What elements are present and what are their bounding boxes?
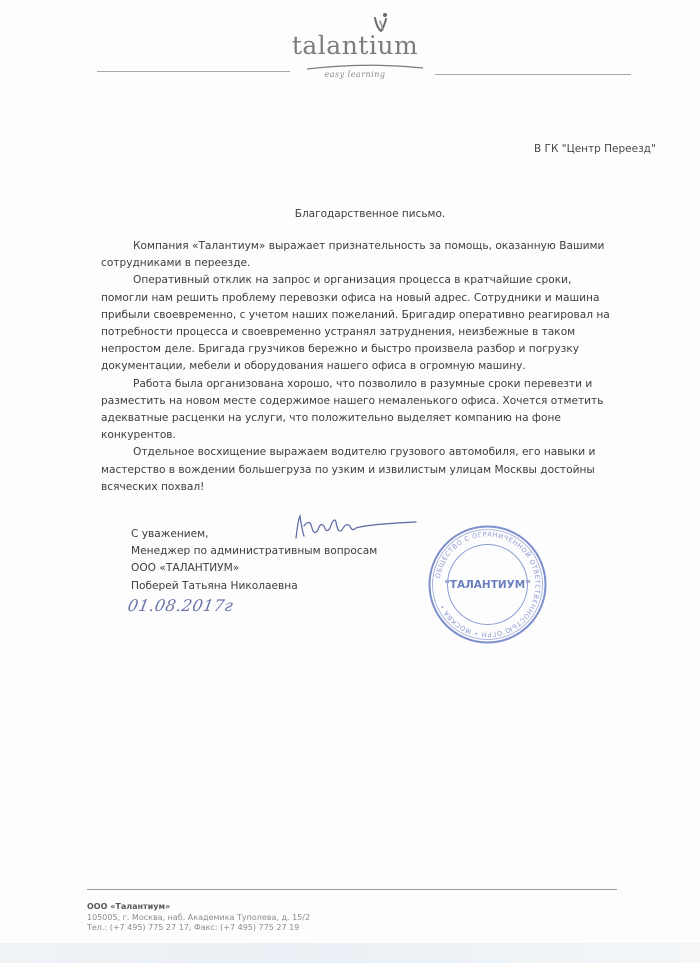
paragraph-4: Отдельное восхищение выражаем водителю г… (117, 444, 637, 496)
paragraph-2: Оперативный отклик на запрос и организац… (117, 272, 637, 375)
footer: ООО «Талантиум» 105005, г. Москва, наб. … (87, 902, 310, 934)
recipient: В ГК "Центр Переезд" (534, 143, 656, 155)
text-line: прибыли своевременно, с учетом наших пож… (101, 307, 637, 324)
stamp-center-text: "ТАЛАНТИУМ" (444, 579, 530, 591)
text-line: помогли нам решить проблему перевозки оф… (101, 290, 637, 307)
footer-phones: Тел.: (+7 495) 775 27 17, Факс: (+7 495)… (87, 923, 310, 934)
company-stamp: ОБЩЕСТВО С ОГРАНИЧЕННОЙ ОТВЕТСТВЕННОСТЬЮ… (425, 522, 550, 647)
footer-address: 105005, г. Москва, наб. Академика Туполе… (87, 913, 310, 924)
signer-company: ООО «ТАЛАНТИУМ» (131, 560, 377, 577)
header-rule-left (97, 71, 290, 72)
text-line: сотрудниками в переезде. (101, 255, 637, 272)
text-line: разместить на новом месте содержимое наш… (101, 393, 637, 410)
text-line: мастерство в вождении большегруза по узк… (101, 462, 637, 479)
header-rule-right (435, 74, 631, 75)
scan-edge-shadow (0, 943, 700, 963)
footer-rule (87, 889, 617, 890)
footer-company: ООО «Талантиум» (87, 902, 310, 913)
text-line: всяческих похвал! (101, 479, 637, 496)
text-line: Работа была организована хорошо, что поз… (117, 376, 637, 393)
letterhead: talantium easy learning (0, 0, 700, 90)
paragraph-1: Компания «Талантиум» выражает признатель… (117, 238, 637, 272)
handwritten-date: 01.08.2017г (126, 596, 235, 615)
letter-body: Компания «Талантиум» выражает признатель… (117, 238, 637, 496)
text-line: конкурентов. (101, 427, 637, 444)
text-line: Оперативный отклик на запрос и организац… (117, 272, 637, 289)
text-line: потребности процесса и своевременно устр… (101, 324, 637, 341)
signer-name: Поберей Татьяна Николаевна (131, 578, 377, 595)
text-line: Отдельное восхищение выражаем водителю г… (117, 444, 637, 461)
paragraph-3: Работа была организована хорошо, что поз… (117, 376, 637, 445)
letter-title: Благодарственное письмо. (0, 208, 700, 220)
logo-wordmark: talantium (0, 31, 700, 60)
text-line: адекватные расценки на услуги, что полож… (101, 410, 637, 427)
text-line: документации, мебели и оборудования наше… (101, 358, 637, 375)
handwritten-signature (290, 508, 420, 548)
letter-page: talantium easy learning В ГК "Центр Пере… (0, 0, 700, 963)
text-line: непростом деле. Бригада грузчиков бережн… (101, 341, 637, 358)
text-line: Компания «Талантиум» выражает признатель… (117, 238, 637, 255)
